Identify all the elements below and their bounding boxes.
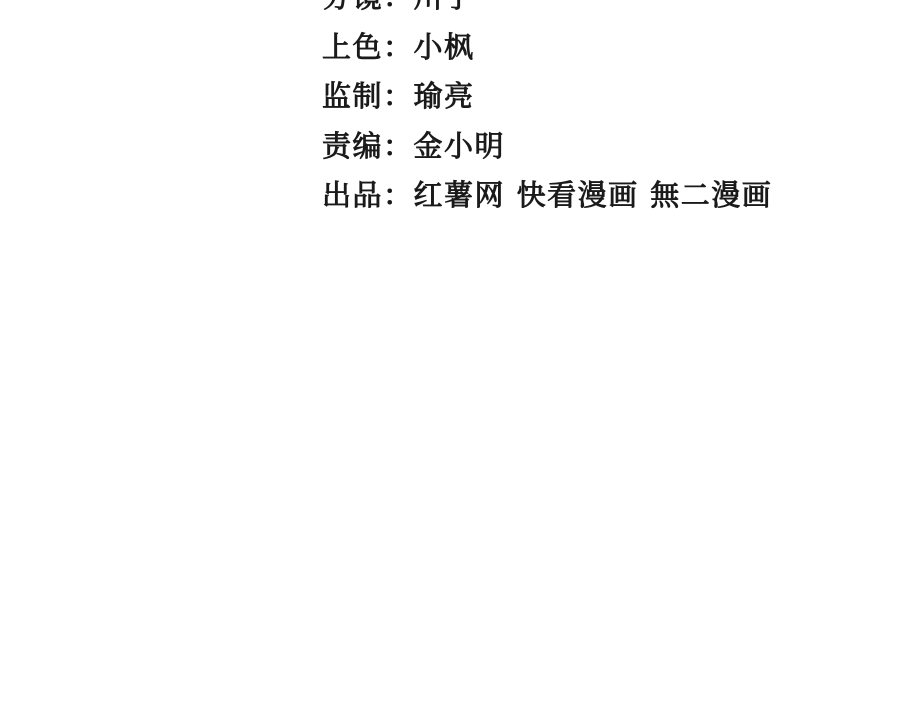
credit-colon: ： [383,79,414,113]
credit-colon: ： [383,178,414,212]
credit-row-producer: 出品：红薯网 快看漫画 無二漫画 [322,171,772,221]
credit-role-label: 分镜 [322,0,383,14]
credit-name: 小枫 [414,30,475,64]
credit-role-label: 出品 [322,178,383,212]
credit-colon: ： [383,129,414,163]
credit-role-label: 监制 [322,79,383,113]
credit-colon: ： [383,30,414,64]
credits-block: 分镜：川子 上色：小枫 监制：瑜亮 责编：金小明 出品：红薯网 快看漫画 無二漫… [322,0,772,221]
credit-name: 川子 [414,0,475,14]
credit-colon: ： [383,0,414,14]
comic-page: 分镜：川子 上色：小枫 监制：瑜亮 责编：金小明 出品：红薯网 快看漫画 無二漫… [0,0,900,702]
credit-row-editor: 责编：金小明 [322,122,772,172]
credit-row-supervisor: 监制：瑜亮 [322,72,772,122]
credit-role-label: 上色 [322,30,383,64]
credit-role-label: 责编 [322,129,383,163]
credit-row-storyboard: 分镜：川子 [322,0,772,23]
credit-row-coloring: 上色：小枫 [322,23,772,73]
credit-name: 瑜亮 [414,79,475,113]
credit-name: 红薯网 快看漫画 無二漫画 [414,178,773,212]
credit-name: 金小明 [414,129,506,163]
